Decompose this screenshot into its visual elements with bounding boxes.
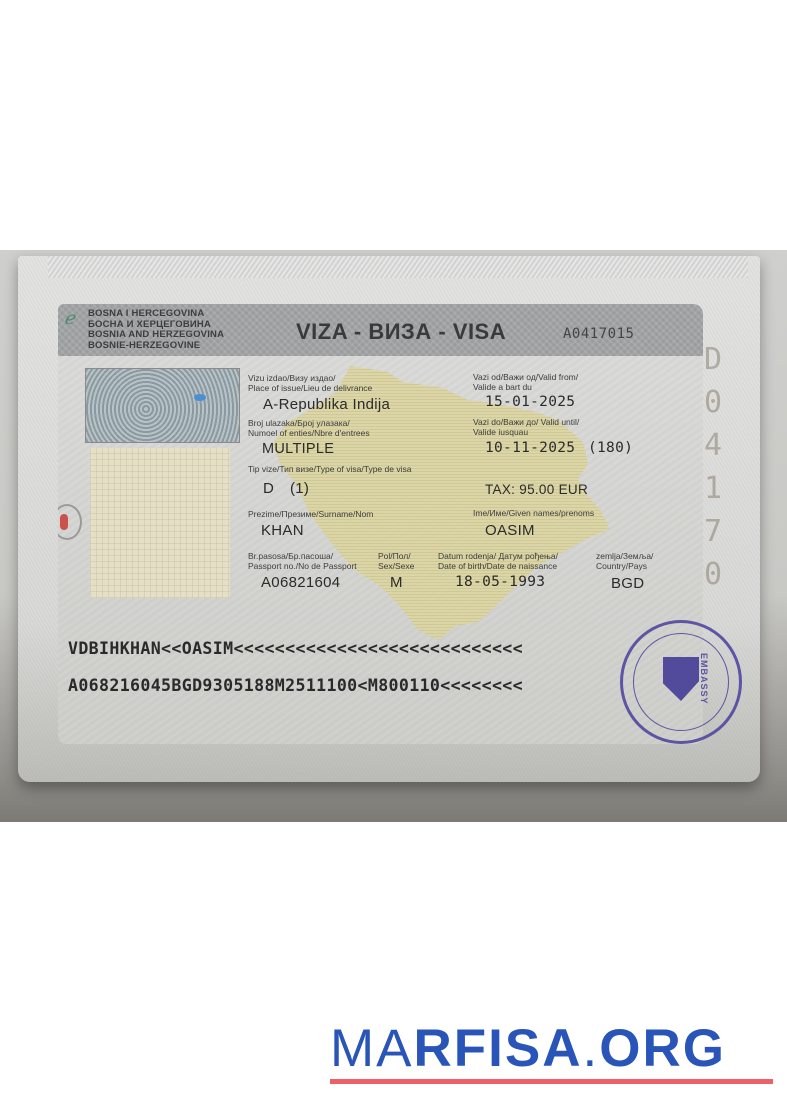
country-label-1: zemlja/Земља/ <box>596 551 653 561</box>
visa-header: ℯ BOSNA I HERCEGOVINA БОСНА И ХЕРЦЕГОВИН… <box>58 304 703 356</box>
valid-until-label-2: Valide iusquau <box>473 427 528 437</box>
place-of-issue-label-1: Vizu izdao/Визу издао/ <box>248 373 336 383</box>
visa-type-label: Tip vize/Тип визе/Type of visa/Type de v… <box>248 464 411 474</box>
mrz-line-1: VDBIHKHAN<<OASIM<<<<<<<<<<<<<<<<<<<<<<<<… <box>68 639 523 658</box>
place-of-issue-value: A-Republika Indija <box>263 396 390 413</box>
entries-label-2: Numoel of enties/Nbre d'entrees <box>248 428 370 438</box>
perforation-char: 7 <box>704 514 722 549</box>
tax-value: TAX: 95.00 EUR <box>485 482 588 497</box>
stamp-text: EMBASSY <box>699 653 709 705</box>
coat-of-arms-icon <box>663 657 699 701</box>
passport-no-label-2: Passport no./No de Passport <box>248 561 357 571</box>
country-name-en: BOSNIA AND HERZEGOVINA <box>88 330 224 341</box>
country-value: BGD <box>611 575 644 592</box>
embassy-stamp: EMBASSY <box>620 620 742 744</box>
entries-value: MULTIPLE <box>262 441 334 457</box>
perforated-number: D 0 4 1 7 0 <box>693 342 733 602</box>
perforation-char: 0 <box>704 385 722 420</box>
perforation-char: 4 <box>704 428 722 463</box>
valid-until-label-1: Vazi do/Важи до/ Valid until/ <box>473 417 579 427</box>
valid-from-label-1: Vazi od/Важи од/Valid from/ <box>473 372 578 382</box>
visa-type-value: D <box>263 480 274 497</box>
visa-sticker: ℯ BOSNA I HERCEGOVINA БОСНА И ХЕРЦЕГОВИН… <box>58 304 703 744</box>
given-names-label: Ime/Име/Given names/prenoms <box>473 508 594 518</box>
sex-value: M <box>390 574 403 591</box>
country-label-2: Country/Pays <box>596 561 647 571</box>
mrz-line-2: A068216045BGD9305188M2511100<M800110<<<<… <box>68 676 523 695</box>
surname-label: Prezime/Презиме/Surname/Nom <box>248 509 373 519</box>
holder-photo-area <box>90 448 230 598</box>
visa-number: A0417015 <box>563 326 634 342</box>
place-of-issue-label-2: Place of issue/Lieu de delivrance <box>248 383 372 393</box>
dob-label-2: Date of birth/Date de naissance <box>438 561 557 571</box>
valid-from-label-2: Valide a bart du <box>473 382 532 392</box>
watermark-part: RFISA <box>414 1019 583 1078</box>
visa-title: VIZA - ВИЗА - VISA <box>296 319 506 345</box>
hologram-image <box>85 368 240 443</box>
perforation-char: 1 <box>704 471 722 506</box>
perforation-char: D <box>704 342 722 377</box>
passport-no-label-1: Br.pasosa/Бр.пасоша/ <box>248 551 333 561</box>
watermark-part: ORG <box>599 1019 726 1078</box>
valid-from-value: 15-01-2025 <box>485 394 575 410</box>
page-security-band <box>48 256 748 278</box>
sex-label-1: Pol/Пол/ <box>378 551 411 561</box>
watermark-part: MA <box>330 1019 414 1078</box>
passport-no-value: A06821604 <box>261 574 340 591</box>
dob-label-1: Datum rodenja/ Датум рођења/ <box>438 551 558 561</box>
sex-label-2: Sex/Sexe <box>378 561 414 571</box>
valid-until-value: 10-11-2025 <box>485 440 575 456</box>
valid-until-duration: (180) <box>588 440 633 456</box>
bih-emblem-icon: ℯ <box>64 308 75 329</box>
perforation-char: 0 <box>704 557 722 592</box>
entries-label-1: Broj ulazaka/Број улазака/ <box>248 418 350 428</box>
country-name-fr: BOSNIE-HERZEGOVINE <box>88 341 224 352</box>
visa-type-sub: (1) <box>290 480 309 497</box>
dob-value: 18-05-1993 <box>455 574 545 590</box>
country-name-bs: BOSNA I HERCEGOVINA <box>88 309 224 320</box>
given-names-value: OASIM <box>485 522 535 539</box>
surname-value: KHAN <box>261 522 304 539</box>
watermark-underline <box>330 1079 773 1084</box>
marfisa-watermark: MARFISA.ORG <box>330 1018 726 1079</box>
country-names: BOSNA I HERCEGOVINA БОСНА И ХЕРЦЕГОВИНА … <box>88 309 224 351</box>
watermark-part: . <box>583 1019 600 1078</box>
